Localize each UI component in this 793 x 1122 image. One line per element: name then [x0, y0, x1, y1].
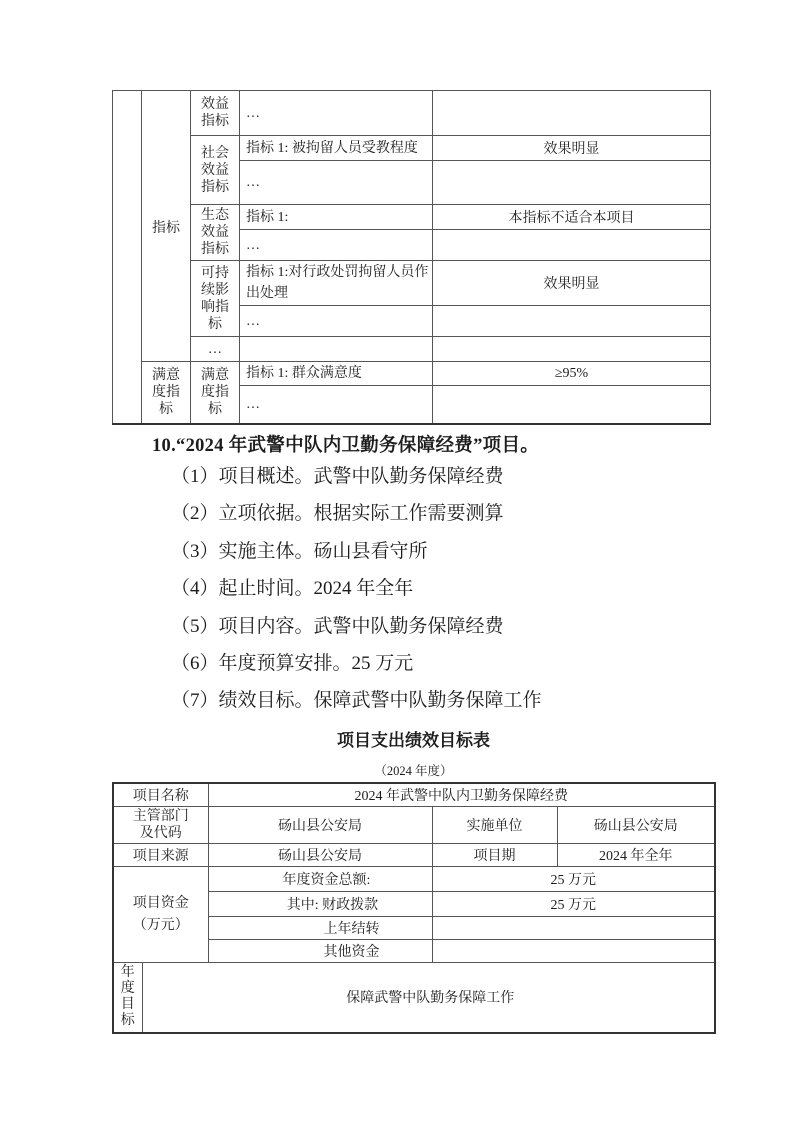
project-period-label: 项目期: [432, 844, 557, 867]
annual-goal-label: 年 度 目 标: [113, 963, 142, 1033]
category-cell-benefit: 效益 指标: [191, 91, 240, 136]
indicator-value-cell: [433, 386, 711, 424]
project-heading: 10.“2024 年武警中队内卫勤务保障经费”项目。: [152, 431, 539, 457]
department-label: 主管部门 及代码: [113, 807, 208, 844]
indicator-name-cell: 指标 1: 群众满意度: [240, 362, 433, 386]
category-cell-social: 社会 效益 指标: [191, 136, 240, 205]
funds-total-value: 25 万元: [432, 867, 715, 892]
indicator-name-cell: …: [240, 230, 433, 261]
indicator-value-cell: [433, 91, 711, 136]
indicator-name-cell: …: [240, 91, 433, 136]
indicator-name-cell: 指标 1:: [240, 205, 433, 230]
indicator-name-cell: …: [240, 161, 433, 205]
satisfaction-group-cell: 满意 度指 标: [142, 362, 191, 424]
project-detail-item-5: （5）项目内容。武警中队勤务保障经费: [171, 608, 542, 645]
category-cell-ellipsis: …: [191, 337, 240, 362]
category-cell-ecology: 生态 效益 指标: [191, 205, 240, 261]
funds-carryover-value: [432, 917, 715, 940]
project-source-label: 项目来源: [113, 844, 208, 867]
project-detail-item-4: （4）起止时间。2024 年全年: [171, 570, 542, 607]
target-table-subtitle: （2024 年度）: [112, 761, 715, 779]
project-detail-item-3: （3）实施主体。砀山县看守所: [171, 533, 542, 570]
indicator-value-cell: [433, 337, 711, 362]
project-detail-item-2: （2）立项依据。根据实际工作需要测算: [171, 495, 542, 532]
category-cell-sustainability: 可持 续影 响指 标: [191, 261, 240, 337]
indicator-value-cell: 效果明显: [433, 136, 711, 161]
funds-other-label: 其他资金: [208, 940, 432, 963]
target-table-title: 项目支出绩效目标表: [112, 726, 715, 751]
indicator-value-cell: [433, 230, 711, 261]
project-source-value: 砀山县公安局: [208, 844, 432, 867]
indicator-value-cell: 本指标不适合本项目: [433, 205, 711, 230]
category-cell-satisfaction: 满意 度指 标: [191, 362, 240, 424]
funds-carryover-label: 上年结转: [208, 917, 432, 940]
indicator-name-cell: [240, 337, 433, 362]
indicator-group-cell: 指标: [142, 91, 191, 362]
project-detail-list: （1）项目概述。武警中队勤务保障经费 （2）立项依据。根据实际工作需要测算 （3…: [171, 458, 542, 720]
project-period-value: 2024 年全年: [557, 844, 715, 867]
funds-total-label: 年度资金总额:: [208, 867, 432, 892]
document-page: 指标 效益 指标 … 社会 效益 指标 指标 1: 被拘留人员受教程度 效果明显…: [0, 0, 793, 1122]
indicator-name-cell: …: [240, 386, 433, 424]
project-funds-label: 项目资金 （万元）: [113, 867, 208, 963]
indicator-name-cell: 指标 1: 被拘留人员受教程度: [240, 136, 433, 161]
indicator-value-cell: [433, 161, 711, 205]
indicator-name-cell: …: [240, 306, 433, 337]
project-name-value: 2024 年武警中队内卫勤务保障经费: [208, 783, 715, 807]
indicator-value-cell: 效果明显: [433, 261, 711, 306]
department-value: 砀山县公安局: [208, 807, 432, 844]
project-name-label: 项目名称: [113, 783, 208, 807]
funds-fiscal-label: 其中: 财政拨款: [208, 892, 432, 917]
performance-indicator-table: 指标 效益 指标 … 社会 效益 指标 指标 1: 被拘留人员受教程度 效果明显…: [112, 90, 711, 425]
left-margin-cell: [113, 91, 142, 424]
implementing-unit-label: 实施单位: [432, 807, 557, 844]
annual-goal-value: 保障武警中队勤务保障工作: [142, 963, 715, 1033]
project-detail-item-6: （6）年度预算安排。25 万元: [171, 645, 542, 682]
funds-fiscal-value: 25 万元: [432, 892, 715, 917]
performance-target-table: 项目名称 2024 年武警中队内卫勤务保障经费 主管部门 及代码 砀山县公安局 …: [112, 782, 716, 1034]
implementing-unit-value: 砀山县公安局: [557, 807, 715, 844]
indicator-value-cell: [433, 306, 711, 337]
funds-other-value: [432, 940, 715, 963]
project-detail-item-1: （1）项目概述。武警中队勤务保障经费: [171, 458, 542, 495]
project-detail-item-7: （7）绩效目标。保障武警中队勤务保障工作: [171, 682, 542, 719]
indicator-value-cell: ≥95%: [433, 362, 711, 386]
indicator-name-cell: 指标 1:对行政处罚拘留人员作 出处理: [240, 261, 433, 306]
